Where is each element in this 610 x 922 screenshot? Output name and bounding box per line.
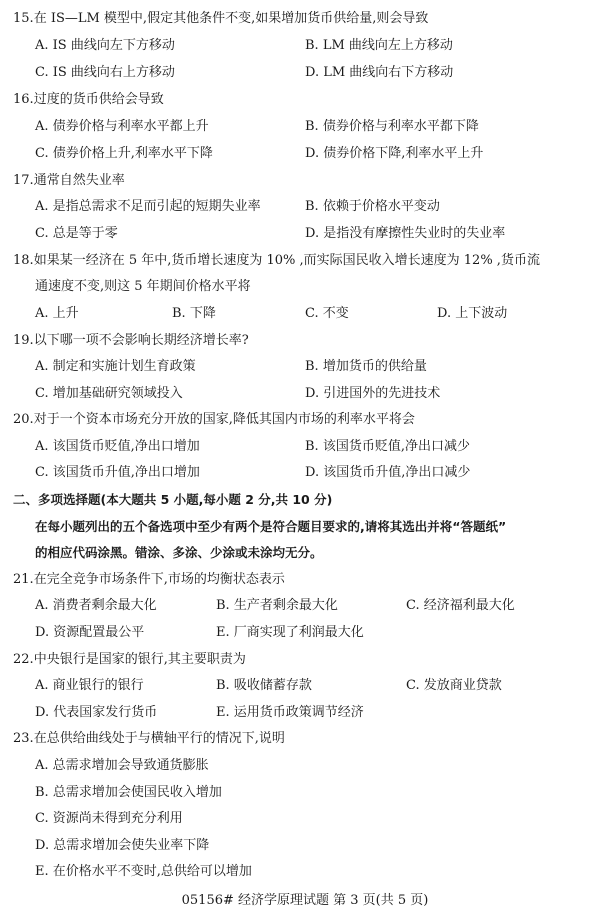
question-17: 17.通常自然失业率: [13, 173, 125, 189]
question-number: 21.: [13, 572, 34, 587]
option-22c: C. 发放商业贷款: [406, 678, 502, 694]
question-22: 22.中央银行是国家的银行,其主要职责为: [13, 652, 246, 668]
option-21b: B. 生产者剩余最大化: [216, 598, 338, 614]
question-number: 15.: [13, 11, 34, 26]
question-text: 在 IS—LM 模型中,假定其他条件不变,如果增加货币供给量,则会导致: [34, 11, 429, 26]
option-20b: B. 该国货币贬值,净出口减少: [305, 439, 470, 455]
option-15c: C. IS 曲线向右上方移动: [35, 65, 175, 81]
option-18d: D. 上下波动: [437, 306, 507, 322]
option-15a: A. IS 曲线向左下方移动: [35, 38, 175, 54]
option-23d: D. 总需求增加会使失业率下降: [35, 838, 209, 854]
question-text: 以下哪一项不会影响长期经济增长率?: [34, 333, 249, 348]
question-text: 中央银行是国家的银行,其主要职责为: [34, 652, 246, 667]
option-16d: D. 债券价格下降,利率水平上升: [305, 146, 483, 162]
option-20a: A. 该国货币贬值,净出口增加: [35, 439, 200, 455]
option-21a: A. 消费者剩余最大化: [35, 598, 157, 614]
question-18: 18.如果某一经济在 5 年中,货币增长速度为 10% ,而实际国民收入增长速度…: [13, 253, 540, 269]
option-22e: E. 运用货币政策调节经济: [216, 705, 364, 721]
question-number: 23.: [13, 731, 34, 746]
option-22b: B. 吸收储蓄存款: [216, 678, 312, 694]
question-number: 16.: [13, 92, 34, 107]
option-23c: C. 资源尚未得到充分利用: [35, 811, 183, 827]
question-18-continuation: 通速度不变,则这 5 年期间价格水平将: [35, 279, 251, 295]
question-text: 过度的货币供给会导致: [34, 92, 164, 107]
section-heading: 二、多项选择题(本大题共 5 小题,每小题 2 分,共 10 分): [13, 492, 332, 508]
option-18a: A. 上升: [35, 306, 79, 322]
option-21c: C. 经济福利最大化: [406, 598, 515, 614]
option-17a: A. 是指总需求不足而引起的短期失业率: [35, 199, 261, 215]
option-16b: B. 债券价格与利率水平都下降: [305, 119, 479, 135]
question-19: 19.以下哪一项不会影响长期经济增长率?: [13, 333, 249, 349]
page-footer: 05156# 经济学原理试题 第 3 页(共 5 页): [0, 893, 610, 909]
question-15: 15.在 IS—LM 模型中,假定其他条件不变,如果增加货币供给量,则会导致: [13, 11, 428, 27]
question-16: 16.过度的货币供给会导致: [13, 92, 164, 108]
option-21e: E. 厂商实现了利润最大化: [216, 625, 364, 641]
question-number: 20.: [13, 412, 34, 427]
option-15b: B. LM 曲线向左上方移动: [305, 38, 453, 54]
option-22d: D. 代表国家发行货币: [35, 705, 157, 721]
section-instructions-continued: 的相应代码涂黑。错涂、多涂、少涂或未涂均无分。: [35, 545, 323, 561]
option-23e: E. 在价格水平不变时,总供给可以增加: [35, 864, 252, 880]
option-19b: B. 增加货币的供给量: [305, 359, 427, 375]
option-19c: C. 增加基础研究领域投入: [35, 386, 183, 402]
question-number: 19.: [13, 333, 34, 348]
question-21: 21.在完全竞争市场条件下,市场的均衡状态表示: [13, 572, 285, 588]
option-18b: B. 下降: [172, 306, 216, 322]
option-18c: C. 不变: [305, 306, 349, 322]
option-21d: D. 资源配置最公平: [35, 625, 144, 641]
option-16a: A. 债券价格与利率水平都上升: [35, 119, 209, 135]
question-number: 17.: [13, 173, 34, 188]
question-text: 在完全竞争市场条件下,市场的均衡状态表示: [34, 572, 285, 587]
option-19a: A. 制定和实施计划生育政策: [35, 359, 196, 375]
question-23: 23.在总供给曲线处于与横轴平行的情况下,说明: [13, 731, 285, 747]
option-17d: D. 是指没有摩擦性失业时的失业率: [305, 226, 505, 242]
question-text: 通常自然失业率: [34, 173, 125, 188]
option-19d: D. 引进国外的先进技术: [305, 386, 440, 402]
option-15d: D. LM 曲线向右下方移动: [305, 65, 453, 81]
option-17b: B. 依赖于价格水平变动: [305, 199, 440, 215]
option-16c: C. 债券价格上升,利率水平下降: [35, 146, 213, 162]
option-23a: A. 总需求增加会导致通货膨胀: [35, 758, 209, 774]
option-20d: D. 该国货币升值,净出口减少: [305, 465, 470, 481]
question-text: 对于一个资本市场充分开放的国家,降低其国内市场的利率水平将会: [34, 412, 415, 427]
option-23b: B. 总需求增加会使国民收入增加: [35, 785, 222, 801]
option-22a: A. 商业银行的银行: [35, 678, 144, 694]
option-17c: C. 总是等于零: [35, 226, 118, 242]
question-number: 22.: [13, 652, 34, 667]
section-instructions: 在每小题列出的五个备选项中至少有两个是符合题目要求的,请将其选出并将“答题纸”: [35, 519, 506, 535]
question-20: 20.对于一个资本市场充分开放的国家,降低其国内市场的利率水平将会: [13, 412, 415, 428]
question-text: 如果某一经济在 5 年中,货币增长速度为 10% ,而实际国民收入增长速度为 1…: [34, 253, 540, 268]
option-20c: C. 该国货币升值,净出口增加: [35, 465, 200, 481]
question-text: 在总供给曲线处于与横轴平行的情况下,说明: [34, 731, 285, 746]
question-number: 18.: [13, 253, 34, 268]
